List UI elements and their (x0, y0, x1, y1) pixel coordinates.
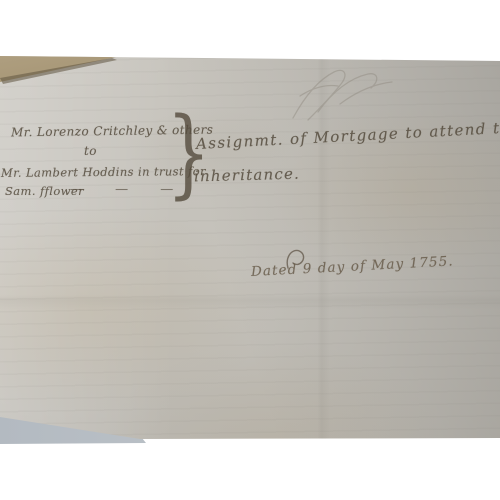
docket-description-line2: inheritance. (194, 165, 300, 186)
docket-brace: } (167, 107, 211, 199)
parchment-document: Mr. Lorenzo Critchley & others to Mr. La… (0, 0, 500, 500)
docket-party-line2: to (84, 144, 97, 158)
pencil-scribble-marks (0, 0, 500, 500)
photo-frame: Mr. Lorenzo Critchley & others to Mr. La… (0, 0, 500, 500)
